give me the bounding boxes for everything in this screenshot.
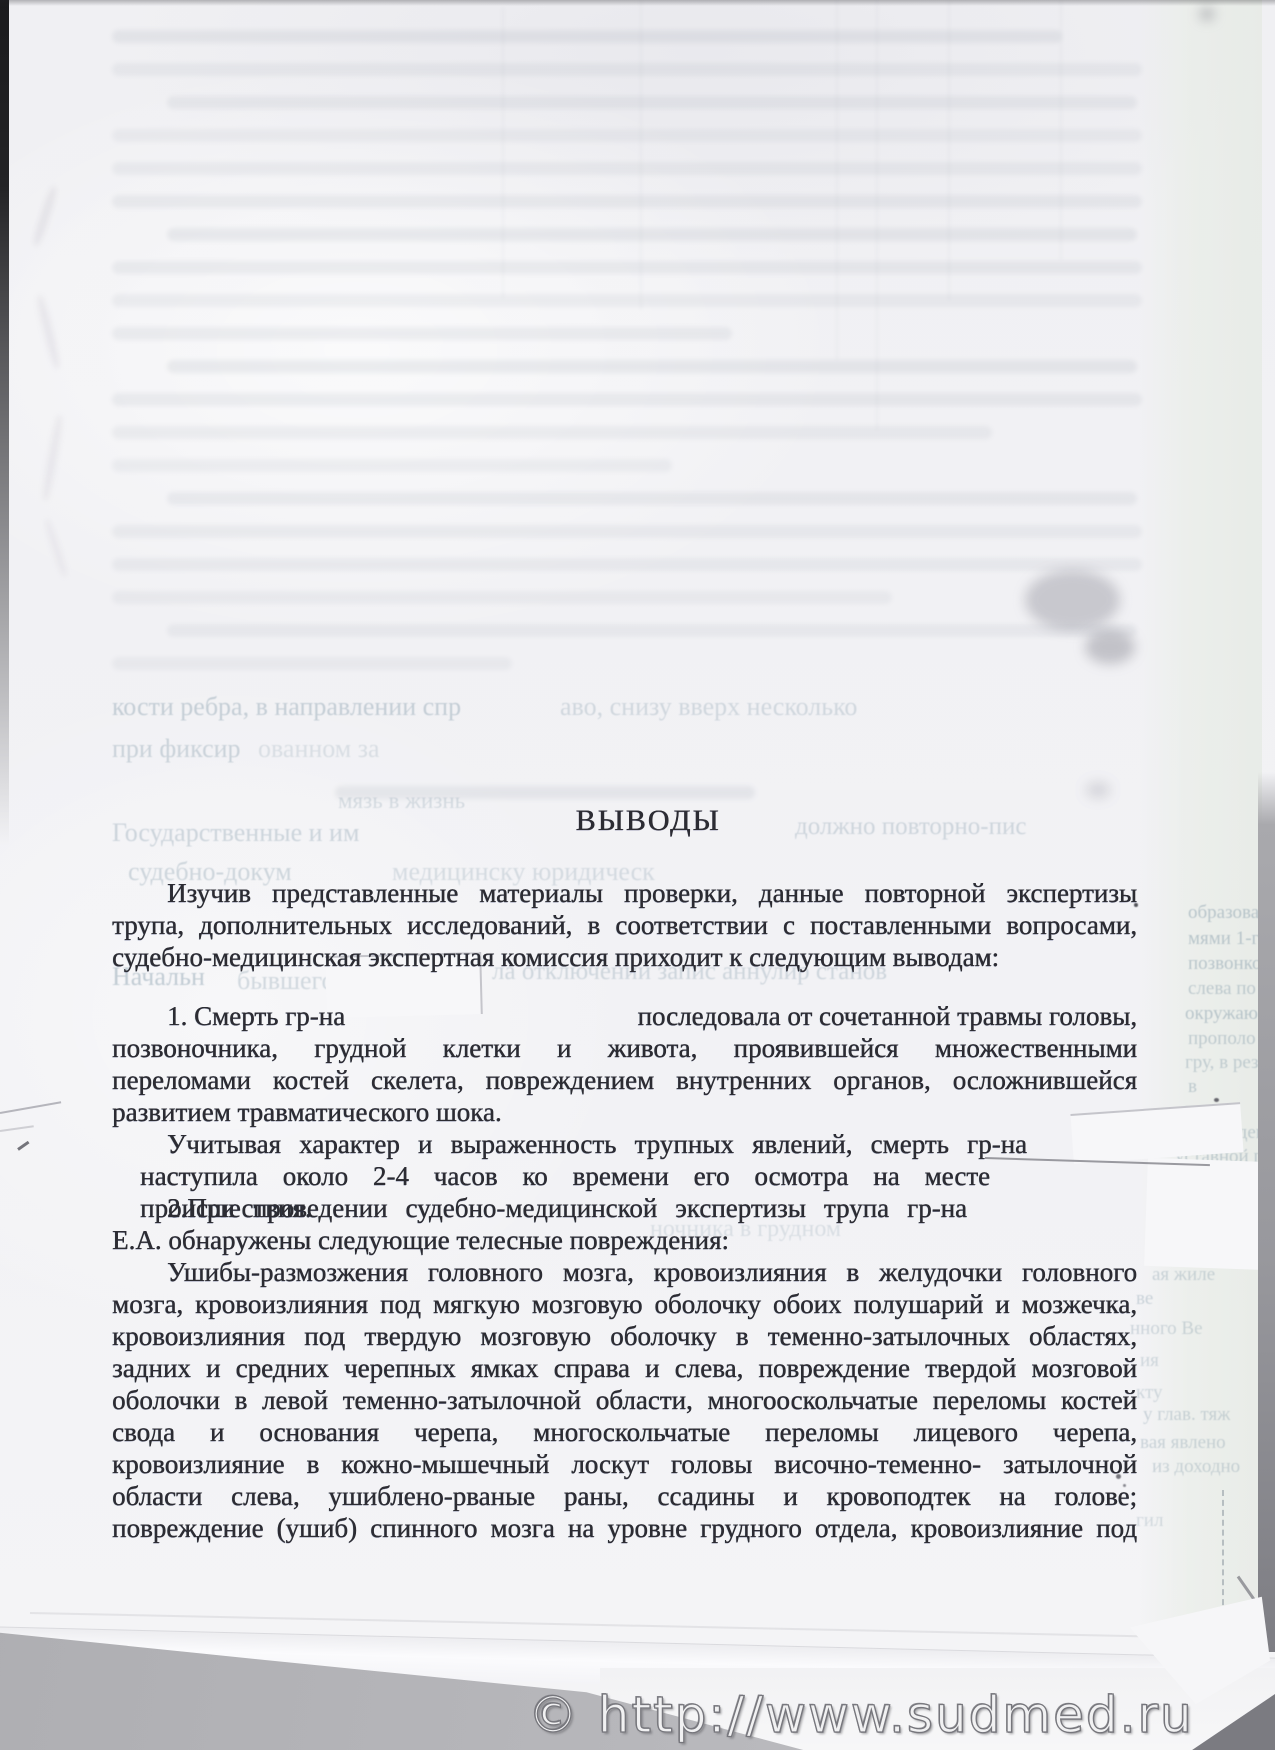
- bleed-through-ghost-line: [112, 294, 1142, 307]
- text-line: оболочки в левой теменно-затылочной обла…: [112, 1384, 1137, 1416]
- bleed-through-ghost-line: [112, 63, 1142, 76]
- section-heading: ВЫВОДЫ: [573, 804, 723, 838]
- bleed-through-text-fragment: ве: [1136, 1288, 1153, 1310]
- bleed-through-text-fragment: ованном за: [258, 734, 380, 764]
- bleed-through-text-fragment: при фиксир: [112, 734, 241, 764]
- bleed-through-text-fragment: мями 1-го: [1188, 928, 1268, 950]
- scan-smudge: [1214, 1098, 1219, 1102]
- bleed-through-ghost-line: [112, 393, 1142, 406]
- bleed-through-ghost-line: [112, 525, 1142, 538]
- bleed-through-column-line: [640, 0, 642, 310]
- bleed-through-text-fragment: гру, в резу: [1185, 1052, 1268, 1074]
- bleed-through-text-fragment: кости ребра, в направлении спр: [112, 692, 461, 722]
- text-segment: последовала от сочетанной травмы головы,: [637, 1000, 1137, 1032]
- scan-top-edge-shadow: [0, 0, 1275, 6]
- whiteout-patch: [1144, 1158, 1272, 1270]
- text-line: мозга, кровоизлияния под мягкую мозговую…: [112, 1288, 1137, 1320]
- bleed-through-text-fragment: из доходно: [1152, 1456, 1240, 1478]
- text-line: Е.А. обнаружены следующие телесные повре…: [112, 1224, 1137, 1256]
- text-line: повреждение (ушиб) спинного мозга на уро…: [112, 1512, 1137, 1544]
- text-line: развитием травматического шока.: [112, 1096, 1137, 1128]
- bleed-through-text-fragment: мязь в жизнь: [338, 788, 465, 814]
- bleed-through-ghost-line: [112, 327, 732, 340]
- bleed-through-ghost-line: [167, 624, 1137, 637]
- bleed-through-ghost-line: [167, 96, 1137, 109]
- bleed-through-ghost-line: [112, 129, 1142, 142]
- text-line: Изучив представленные материалы проверки…: [167, 877, 1137, 909]
- text-segment: 1. Смерть гр-на: [167, 1000, 345, 1032]
- bleed-through-text-fragment: Государственные и им: [112, 818, 359, 848]
- bleed-through-column-line: [876, 0, 878, 430]
- bleed-through-text-fragment: должно повторно-пис: [795, 813, 1026, 841]
- bleed-through-text-fragment: слева по: [1188, 978, 1256, 1000]
- bleed-through-column-line: [836, 0, 838, 360]
- bleed-through-ghost-line: [112, 591, 892, 604]
- scanned-document-page: кости ребра, в направлении справо, снизу…: [0, 0, 1275, 1750]
- bleed-through-text-fragment: прополо: [1188, 1028, 1256, 1050]
- bleed-through-ghost-line: [112, 426, 992, 439]
- bleed-through-text-fragment: вая явлено: [1140, 1432, 1226, 1454]
- text-line: кровоизлияние в кожно-мышечный лоскут го…: [112, 1448, 1137, 1480]
- bleed-through-text-fragment: ия: [1140, 1350, 1159, 1372]
- page-right-edge-shadow: [1258, 772, 1275, 1652]
- bleed-through-text-fragment: в: [1188, 1076, 1197, 1098]
- bleed-through-ghost-line: [112, 459, 672, 472]
- bleed-through-text-fragment: нного Ве: [1130, 1318, 1203, 1340]
- bleed-through-column-line: [948, 0, 950, 300]
- bleed-through-column-line: [502, 8, 504, 298]
- scan-smudge: [1086, 782, 1110, 798]
- text-line: свода и основания черепа, многоскольчаты…: [112, 1416, 1137, 1448]
- bleed-through-text-fragment: у глав. тяж: [1143, 1404, 1230, 1426]
- bleed-through-text-fragment: кту: [1136, 1382, 1163, 1404]
- bleed-through-ghost-line: [112, 558, 1142, 571]
- bleed-through-column-line: [1060, 0, 1062, 260]
- bleed-through-text-fragment: аво, снизу вверх несколько: [560, 692, 857, 722]
- bleed-through-ghost-line: [112, 162, 1142, 175]
- bleed-through-ghost-line: [112, 261, 1142, 274]
- text-line: Учитывая характер и выраженность трупных…: [167, 1128, 1027, 1160]
- bleed-through-ghost-line: [167, 492, 1137, 505]
- bleed-through-ghost-line: [167, 228, 1137, 241]
- bleed-through-text-fragment: гил: [1136, 1510, 1163, 1532]
- watermark: © http://www.sudmed.ru: [528, 1686, 1194, 1744]
- bleed-through-ghost-line: [112, 30, 1062, 43]
- scan-smudge: [1085, 630, 1135, 664]
- scan-smudge: [1200, 8, 1214, 20]
- bleed-through-dashed-rule: [1222, 1490, 1224, 1615]
- text-line: судебно-медицинская экспертная комиссия …: [112, 941, 1137, 973]
- text-line: позвоночника, грудной клетки и живота, п…: [112, 1032, 1137, 1064]
- text-line: кровоизлияния под твердую мозговую оболо…: [112, 1320, 1137, 1352]
- text-line: переломами костей скелета, повреждением …: [112, 1064, 1137, 1096]
- text-line: 1. Смерть гр-напоследовала от сочетанной…: [167, 1000, 1137, 1032]
- bleed-through-ghost-line: [112, 195, 1142, 208]
- text-line: Ушибы-размозжения головного мозга, крово…: [167, 1256, 1137, 1288]
- text-line: задних и средних черепных ямках справа и…: [112, 1352, 1137, 1384]
- bleed-through-ghost-line: [167, 360, 1137, 373]
- bleed-through-ghost-line: [112, 657, 512, 670]
- text-line: трупа, дополнительных исследований, в со…: [112, 909, 1137, 941]
- text-line: области слева, ушиблено-рваные раны, сса…: [112, 1480, 1137, 1512]
- scan-smudge: [1025, 570, 1120, 630]
- text-line: 2.При проведении судебно-медицинской экс…: [167, 1192, 967, 1224]
- scan-left-edge-shadow: [0, 0, 9, 845]
